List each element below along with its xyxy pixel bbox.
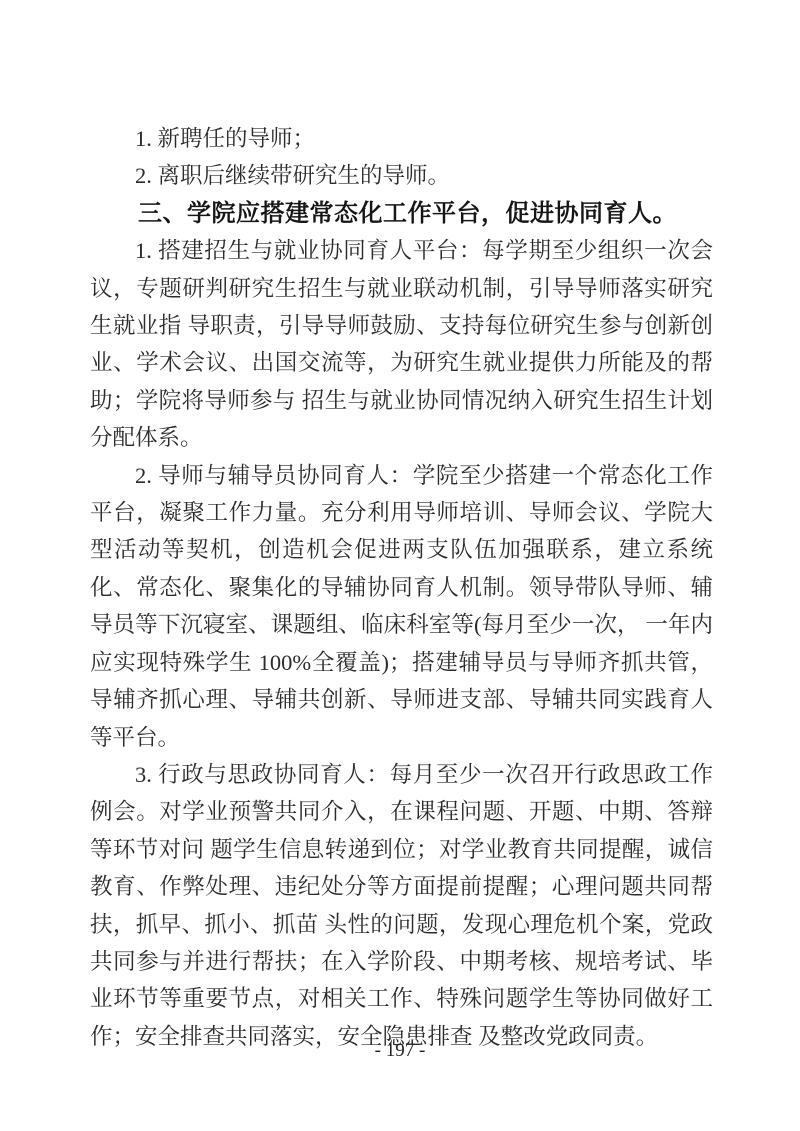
- document-body: 1. 新聘任的导师； 2. 离职后继续带研究生的导师。 三、学院应搭建常态化工作…: [90, 120, 713, 1055]
- page-number: - 197 -: [0, 1040, 800, 1062]
- section-heading: 三、学院应搭建常态化工作平台，促进协同育人。: [90, 195, 713, 232]
- paragraph-2: 2. 导师与辅导员协同育人：学院至少搭建一个常态化工作平台，凝聚工作力量。充分利…: [90, 457, 713, 756]
- paragraph-3: 3. 行政与思政协同育人：每月至少一次召开行政思政工作例会。对学业预警共同介入，…: [90, 756, 713, 1055]
- document-page: 1. 新聘任的导师； 2. 离职后继续带研究生的导师。 三、学院应搭建常态化工作…: [0, 0, 800, 1131]
- list-item-2: 2. 离职后继续带研究生的导师。: [90, 157, 713, 194]
- paragraph-1: 1. 搭建招生与就业协同育人平台：每学期至少组织一次会议，专题研判研究生招生与就…: [90, 232, 713, 456]
- list-item-1: 1. 新聘任的导师；: [90, 120, 713, 157]
